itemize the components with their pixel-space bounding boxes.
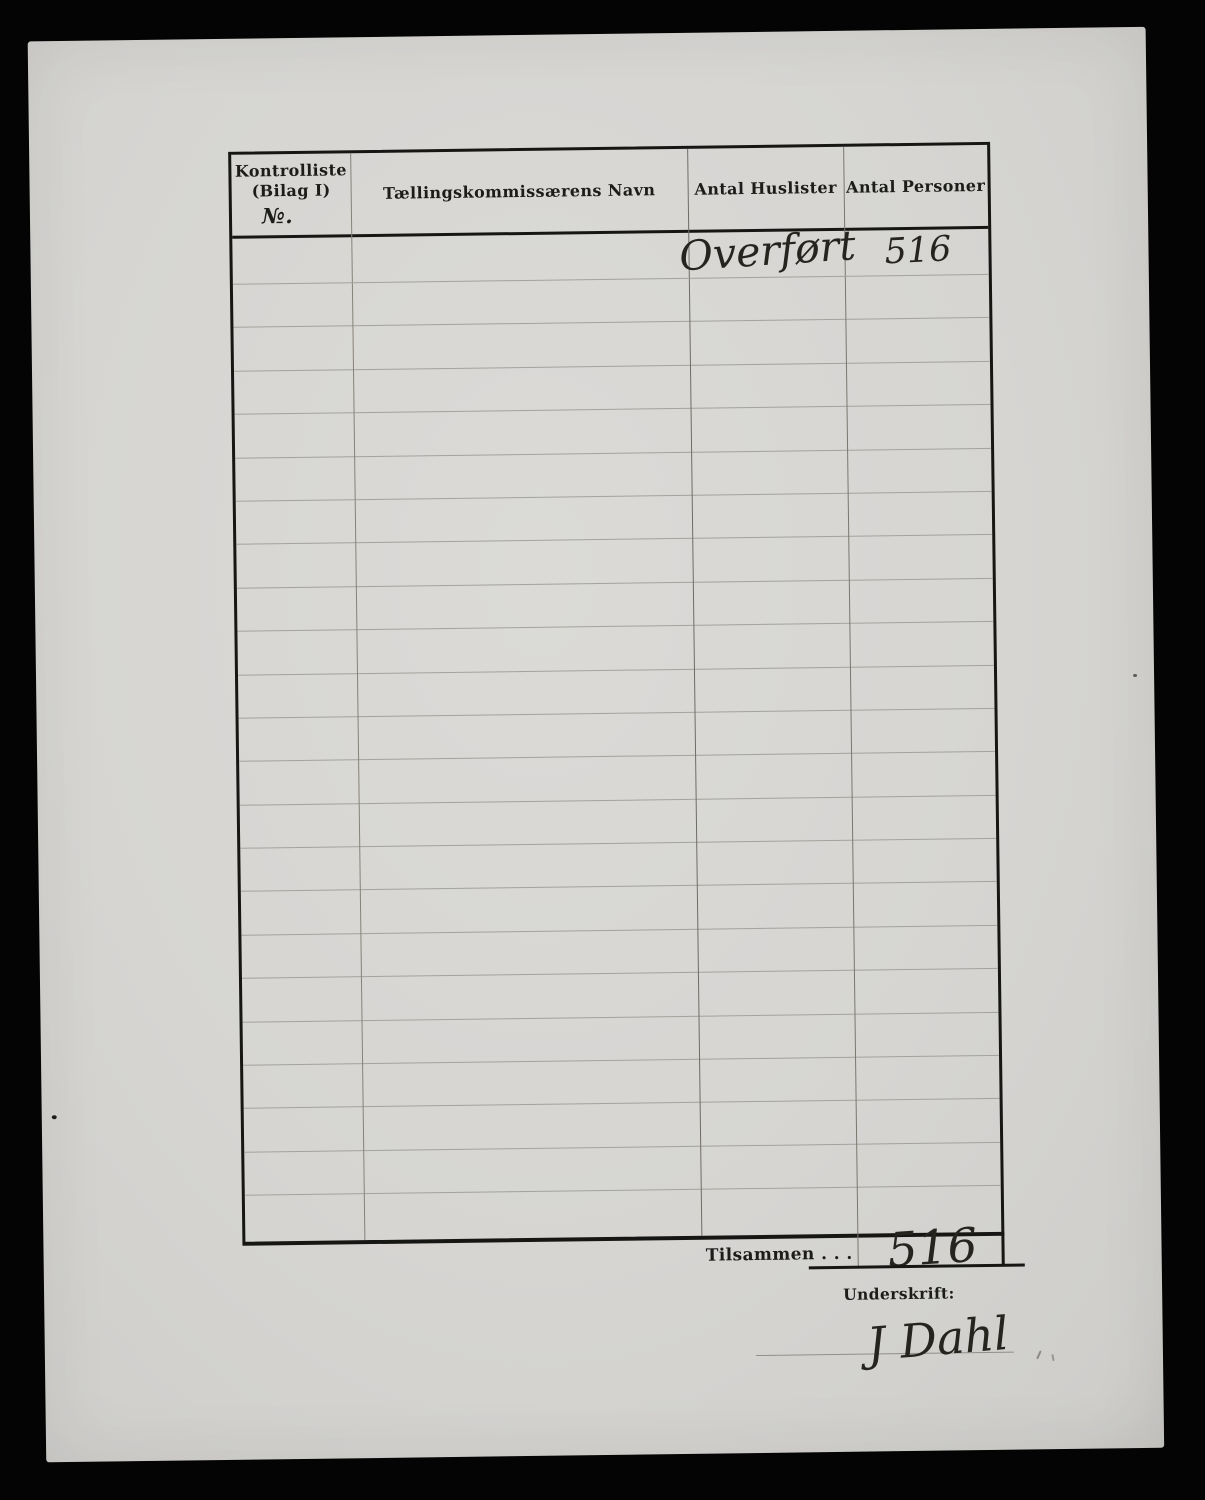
column-header-huslister: Antal Huslister [687, 147, 844, 230]
scan-speck [1133, 674, 1137, 677]
numero-sign: №. [262, 203, 293, 228]
handwritten-personer-carried: 516 [844, 229, 993, 274]
column-header-navn-label: Tællingskommissærens Navn [383, 180, 656, 203]
underskrift-label: Underskrift: [843, 1283, 955, 1303]
census-control-table: Kontrolliste (Bilag I) №. Tællingskommis… [228, 142, 1004, 1246]
column-header-kontrolliste-line1: Kontrolliste [235, 160, 347, 181]
tilsammen-label: Tilsammen . . . [673, 1244, 853, 1266]
table-header: Kontrolliste (Bilag I) №. Tællingskommis… [231, 145, 988, 239]
scan-rotation-wrapper: Kontrolliste (Bilag I) №. Tællingskommis… [0, 0, 1205, 1500]
column-header-personer: Antal Personer [843, 145, 988, 228]
handwritten-total: 516 [856, 1216, 1009, 1281]
column-header-navn: Tællingskommissærens Navn [350, 149, 688, 234]
handwritten-overfort: Overført [661, 229, 874, 282]
column-header-kontrolliste-line2: (Bilag I) [252, 180, 331, 201]
table-body: Overført 516 [232, 229, 1001, 1242]
column-header-personer-label: Antal Personer [846, 176, 985, 197]
column-header-kontrolliste: Kontrolliste (Bilag I) №. [231, 153, 351, 236]
scan-speck [52, 1115, 57, 1119]
column-header-huslister-label: Antal Huslister [694, 178, 837, 199]
